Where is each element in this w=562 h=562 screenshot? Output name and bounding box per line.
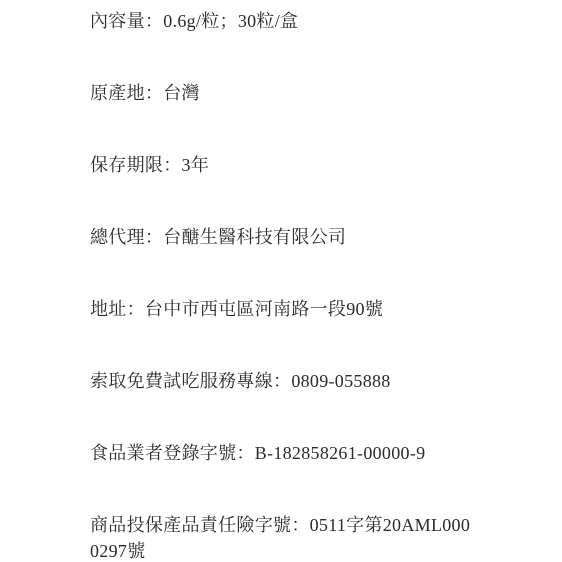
spec-separator: ： [145, 83, 163, 103]
spec-value: 0.6g/粒；30粒/盒 [163, 11, 298, 31]
spec-row-distributor: 總代理：台醣生醫科技有限公司 [90, 224, 474, 250]
spec-row-net-content: 內容量：0.6g/粒；30粒/盒 [90, 8, 474, 34]
spec-row-food-registration-number: 食品業者登錄字號：B-182858261-00000-9 [90, 440, 474, 466]
product-spec-section: 內容量：0.6g/粒；30粒/盒 原產地：台灣 保存期限：3年 總代理：台醣生醫… [0, 0, 562, 562]
spec-separator: ： [273, 371, 291, 391]
spec-separator: ： [291, 515, 309, 535]
spec-row-shelf-life: 保存期限：3年 [90, 152, 474, 178]
spec-separator: ： [145, 227, 163, 247]
spec-row-origin: 原產地：台灣 [90, 80, 474, 106]
spec-row-address: 地址：台中市西屯區河南路一段90號 [90, 296, 474, 322]
spec-value: B-182858261-00000-9 [255, 443, 426, 463]
spec-row-liability-insurance-number: 商品投保產品責任險字號：0511字第20AML0000297號 [90, 512, 474, 562]
spec-separator: ： [145, 11, 163, 31]
spec-value: 3年 [182, 155, 210, 175]
spec-label: 內容量 [90, 11, 145, 31]
spec-label: 地址 [90, 299, 127, 319]
spec-label: 原產地 [90, 83, 145, 103]
spec-separator: ： [163, 155, 181, 175]
spec-label: 總代理 [90, 227, 145, 247]
spec-row-free-sample-hotline: 索取免費試吃服務專線：0809-055888 [90, 368, 474, 394]
spec-value: 台灣 [163, 83, 200, 103]
spec-label: 保存期限 [90, 155, 163, 175]
spec-label: 索取免費試吃服務專線 [90, 371, 273, 391]
spec-value: 台醣生醫科技有限公司 [163, 227, 346, 247]
spec-separator: ： [127, 299, 145, 319]
spec-label: 商品投保產品責任險字號 [90, 515, 291, 535]
spec-value: 台中市西屯區河南路一段90號 [145, 299, 383, 319]
spec-value: 0809-055888 [291, 371, 390, 391]
spec-separator: ： [236, 443, 254, 463]
spec-label: 食品業者登錄字號 [90, 443, 236, 463]
